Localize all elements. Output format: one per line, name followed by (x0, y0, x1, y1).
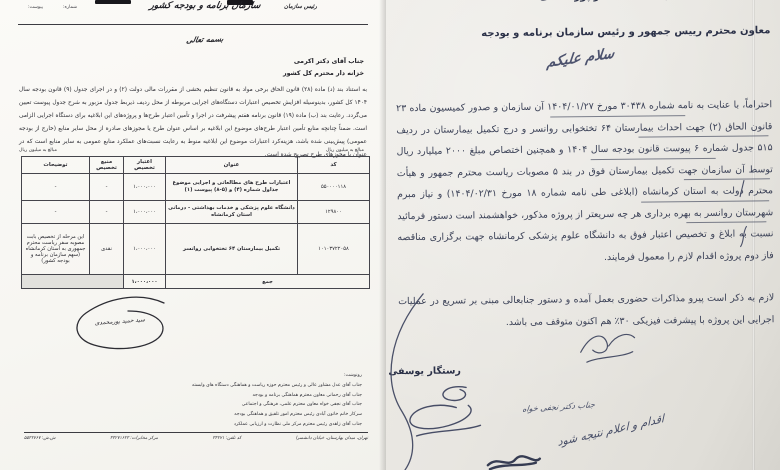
request-paragraph: احتراماً، با عنایت به نامه شماره ۳۰۴۳۸ م… (396, 94, 774, 270)
cell-title: تکمیل بیمارستان ۶۴ تختخوابی روانسر (166, 224, 298, 275)
total-empty-cell (22, 275, 124, 289)
table-total-row: جمع ۱،۰۰۰،۰۰۰ (22, 275, 370, 289)
cc-item: سرکار خانم خاتون آبادی رئیس محترم امور ت… (32, 410, 362, 420)
cell-title: اعتبارات طرح های مطالعاتی و اجرایی موضوع… (166, 174, 298, 201)
cc-item: جناب آقای نجفی خواه معاون محترم علمی، فر… (32, 400, 362, 410)
table-header-row: کد عنوان اعتبار تخصیص منبع تخصیص توضیحات (22, 157, 370, 174)
col-header-source: منبع تخصیص (90, 157, 124, 174)
header-divider (18, 24, 368, 25)
cc-list: رونوشت: جناب آقای عدل مشاور عالی و رئیس … (32, 371, 362, 430)
table-row: ۱۲۹۸۰۰ دانشگاه علوم پزشکی و خدمات بهداشت… (22, 201, 370, 224)
handwritten-signature-center-icon (572, 322, 642, 368)
footer-contact-row: تهران، میدان بهارستان، خیابان دانشسرا کد… (24, 436, 368, 441)
recipient-title: خزانه دار محترم کل کشور (283, 70, 364, 77)
table-row: ۵۵۰۰۰۰۱۱۸ اعتبارات طرح های مطالعاتی و اج… (22, 174, 370, 201)
cell-source: نقدی (90, 224, 124, 275)
cell-code: ۵۵۰۰۰۰۱۱۸ (298, 174, 370, 201)
recipient-title-line: معاون محترم رییس جمهور و رئیس سازمان برن… (481, 25, 770, 39)
handwritten-note-instruction: اقدام و اعلام نتیجه شود (558, 412, 664, 449)
footer-phone-code: کد تلفن: ۳۳۲۷۱ (213, 436, 242, 441)
margin-tick-marks-icon (736, 178, 751, 248)
cell-credit: ۱،۰۰۰،۰۰۰ (124, 174, 166, 201)
right-page-content: جناب آقای دکتر پورمحمدی معاون محترم رییس… (386, 0, 780, 470)
cell-notes: - (22, 201, 90, 224)
besmele-calligraphy: بسمه تعالی (159, 33, 251, 45)
letter-body: به استناد بند (د) ماده (۲۸) قانون الحاق … (19, 84, 367, 161)
amounts-unit-note-left: مبالغ به میلیون ریال (19, 148, 57, 153)
footer-divider (24, 432, 368, 433)
col-header-notes: توضیحات (22, 157, 90, 174)
cell-notes: - (22, 174, 90, 201)
total-credit: ۱،۰۰۰،۰۰۰ (124, 275, 166, 289)
dark-scribble-icon (484, 453, 542, 470)
cropped-recipient-line: جناب آقای دکتر پورمحمدی (539, 0, 670, 3)
cc-item: جناب آقای رحمانی معاون محترم هماهنگی برن… (32, 391, 362, 401)
margin-curve-stroke-icon (386, 290, 445, 470)
table-row: ۱۰۱۰۳۷۲۲۰۵۸ تکمیل بیمارستان ۶۴ تختخوابی … (22, 224, 370, 275)
cell-code: ۱۲۹۸۰۰ (298, 201, 370, 224)
allocation-table: کد عنوان اعتبار تخصیص منبع تخصیص توضیحات… (21, 156, 370, 289)
cell-source: - (90, 201, 124, 224)
col-header-credit: اعتبار تخصیص (124, 157, 166, 174)
signature-block-left: سید حمید پورمحمدی (68, 295, 172, 355)
footer-ref-number: ش.ش: ۵۵۳۲۷۶۷ (24, 436, 56, 441)
total-label: جمع (166, 275, 370, 289)
handwritten-salutation: سلام علیکم (546, 46, 615, 71)
letterhead-fields: شماره: پیوست: (28, 5, 77, 10)
cell-source: - (90, 174, 124, 201)
cell-credit: ۱،۰۰۰،۰۰۰ (124, 224, 166, 275)
cell-notes: این مرحله از تخصیص بابت مصوبه سفر ریاست … (22, 224, 90, 275)
cc-label: رونوشت: (32, 371, 362, 381)
footer-switchboard: مرکز مخابرات: ۳۳۲۷۱۶۲۳ (110, 436, 158, 441)
letterhead-attachment-label: پیوست: (28, 5, 43, 10)
handwritten-note-addressee: جناب دکتر نجفی خواه (522, 400, 596, 414)
organization-calligraphy: سازمان برنامه و بودجه کشور (137, 1, 273, 11)
cell-title: دانشگاه علوم پزشکی و خدمات بهداشتی - درم… (166, 201, 298, 224)
letter-left-page: شماره: پیوست: سازمان برنامه و بودجه کشور… (0, 0, 386, 470)
col-header-code: کد (298, 157, 370, 174)
cell-credit: ۱،۰۰۰،۰۰۰ (124, 201, 166, 224)
letter-right-page: جناب آقای دکتر پورمحمدی معاون محترم رییس… (386, 0, 780, 470)
letterhead-number-label: شماره: (63, 5, 77, 10)
cc-item: جناب آقای عدل مشاور عالی و رئیس محترم حو… (32, 381, 362, 391)
recipient-name: جناب آقای دکتر اکرمی (294, 58, 364, 65)
sender-role: رئیس سازمان (284, 4, 317, 10)
amounts-unit-note-right: مبالغ به میلیون ریال (326, 148, 364, 153)
two-scanned-letters: شماره: پیوست: سازمان برنامه و بودجه کشور… (0, 0, 780, 470)
cell-code: ۱۰۱۰۳۷۲۲۰۵۸ (298, 224, 370, 275)
col-header-title: عنوان (166, 157, 298, 174)
cropped-stamp-mark (95, 0, 131, 4)
footer-address: تهران، میدان بهارستان، خیابان دانشسرا (296, 436, 368, 441)
cc-item: جناب آقای زاهدی رئیس محترم مرکز ملی نظار… (32, 420, 362, 430)
